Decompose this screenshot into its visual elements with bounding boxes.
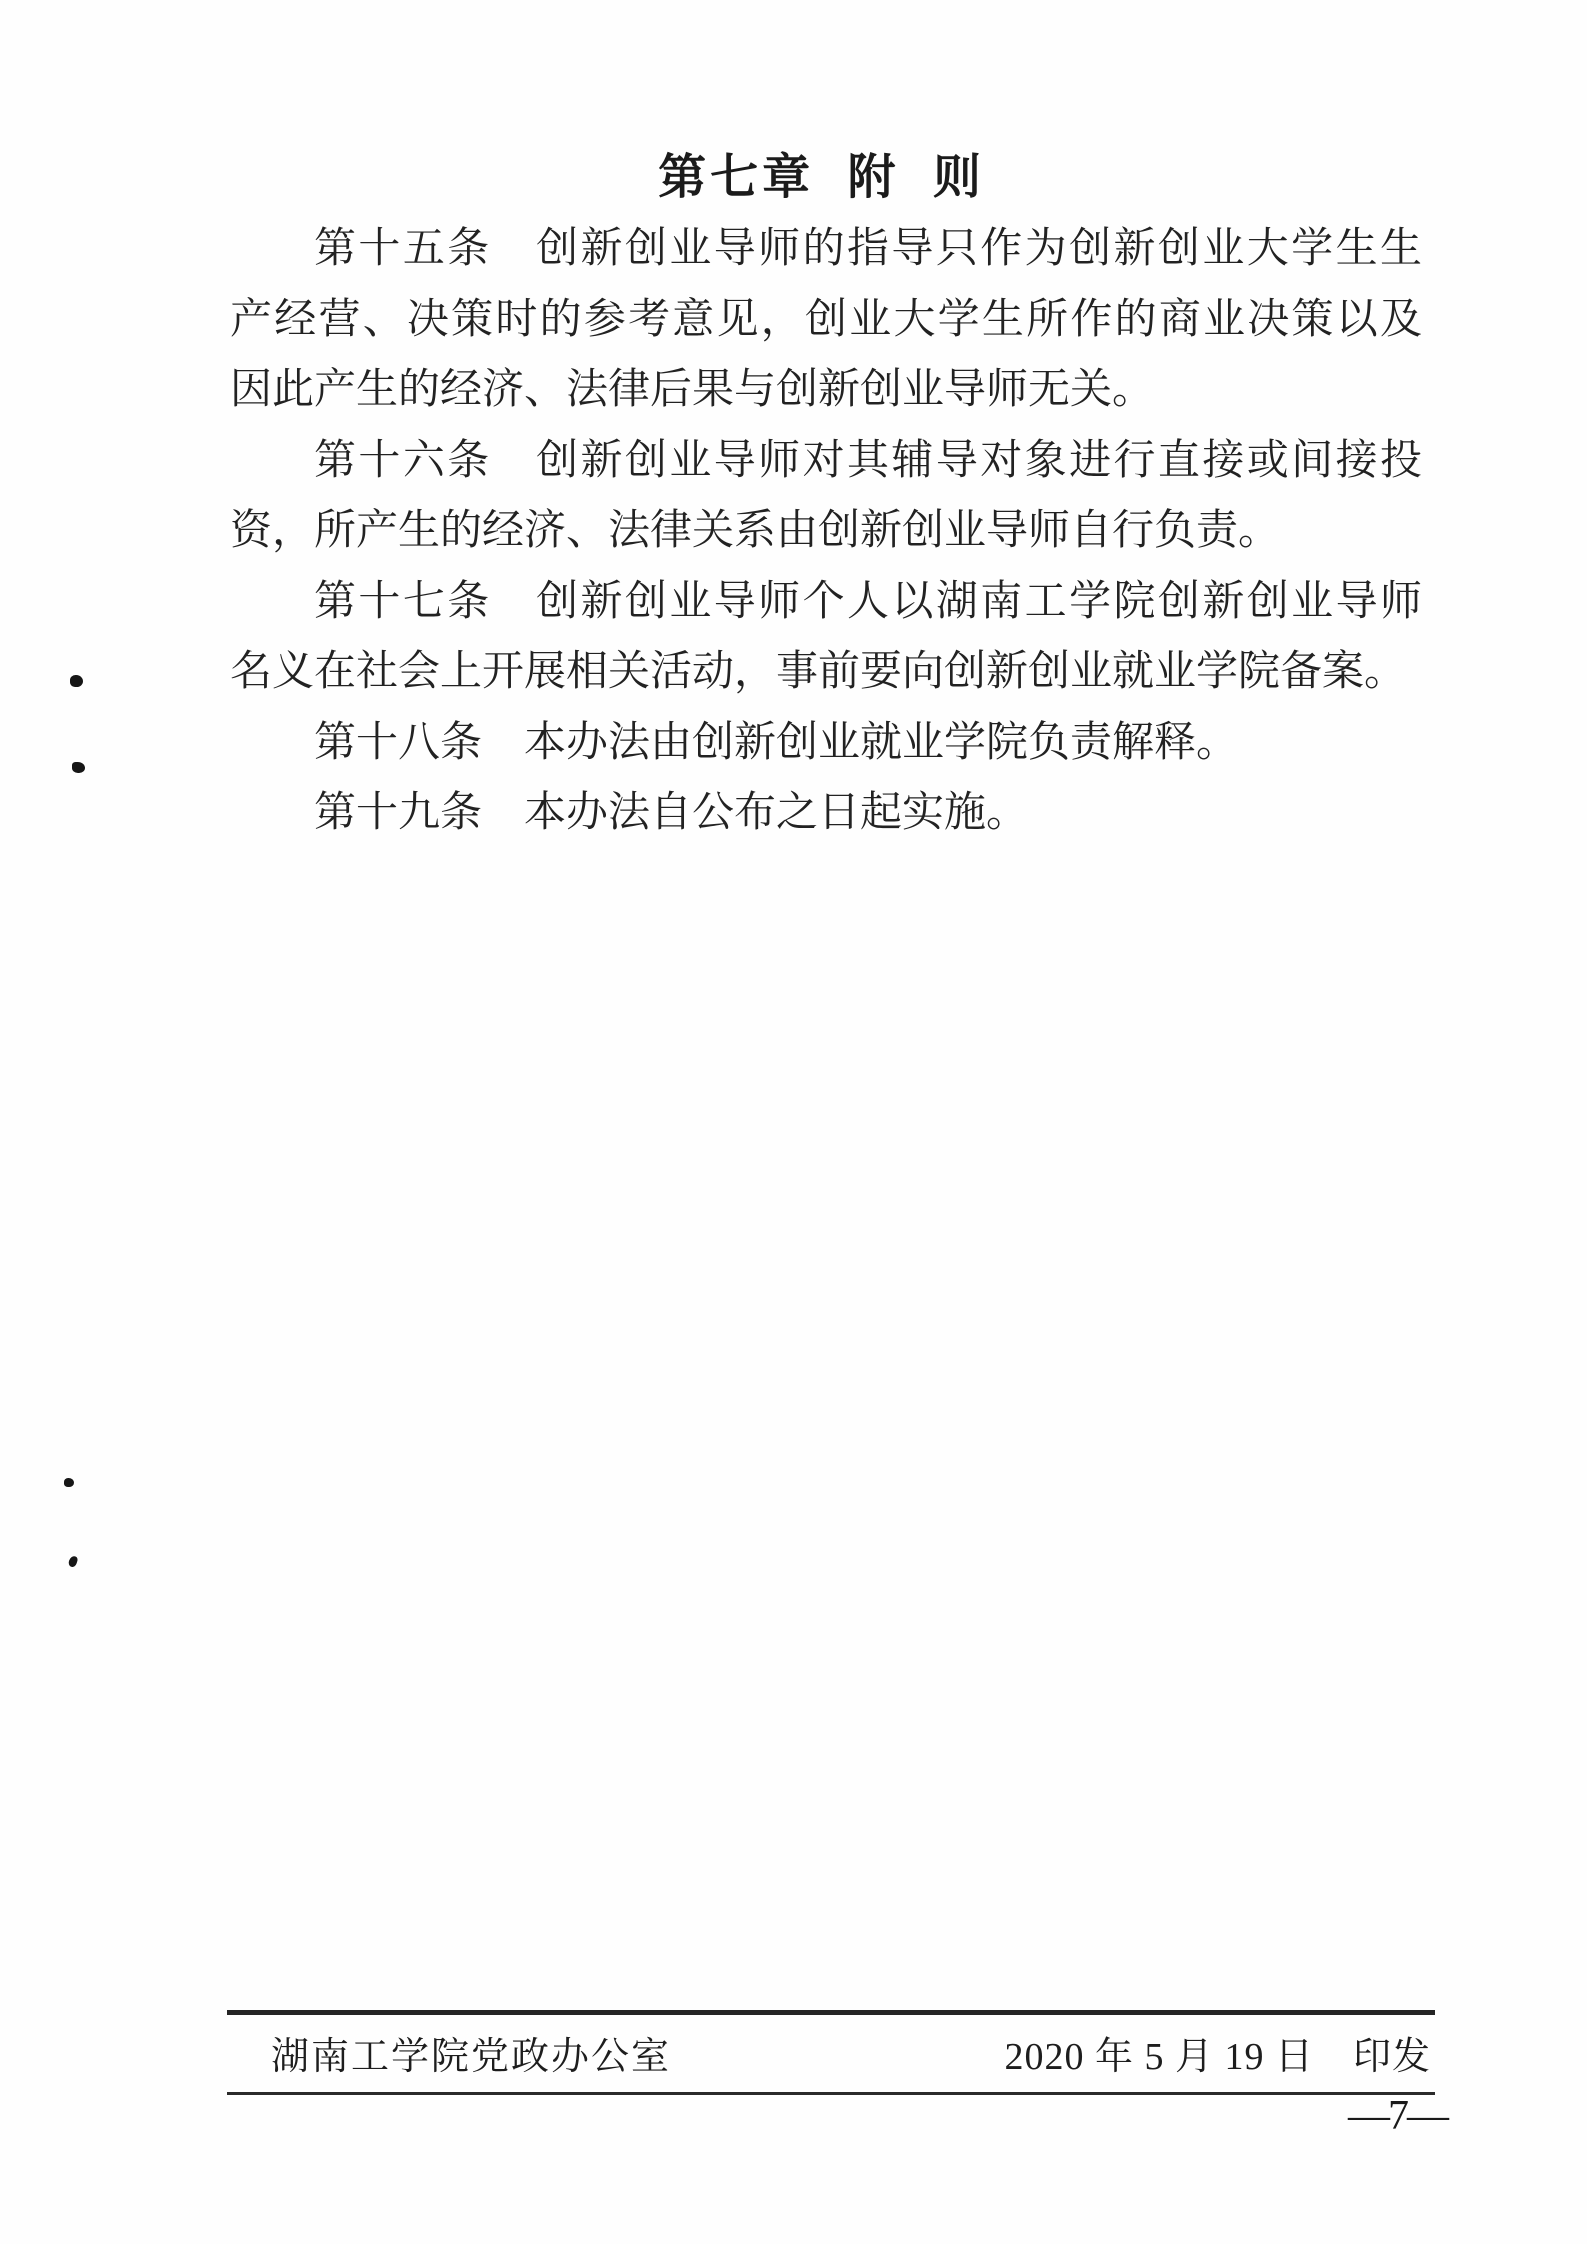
chapter-title: 第七章 附 则 (28, 138, 1587, 207)
article-line: 产经营、决策时的参考意见，创业大学生所作的商业决策以及 (230, 285, 1422, 356)
article-line: 第十九条 本办法自公布之日起实施。 (230, 778, 1422, 849)
page-footer: 湖南工学院党政办公室 2020 年 5 月 19 日 印发 (227, 2010, 1435, 2095)
article-line: 资，所产生的经济、法律关系由创新创业导师自行负责。 (230, 496, 1422, 567)
footer-issuer: 湖南工学院党政办公室 (271, 2025, 671, 2080)
article-line: 因此产生的经济、法律后果与创新创业导师无关。 (230, 355, 1422, 426)
article-line: 名义在社会上开展相关活动，事前要向创新创业就业学院备案。 (230, 637, 1422, 708)
ink-speck (70, 675, 83, 687)
page-number: —7— (1348, 2092, 1447, 2140)
article-line: 第十五条 创新创业导师的指导只作为创新创业大学生生 (230, 214, 1422, 285)
article-line: 第十八条 本办法由创新创业就业学院负责解释。 (230, 708, 1422, 779)
footer-issue-date: 2020 年 5 月 19 日 印发 (1004, 2025, 1431, 2080)
document-body: 第十五条 创新创业导师的指导只作为创新创业大学生生产经营、决策时的参考意见，创业… (230, 214, 1422, 849)
ink-speck (64, 1478, 74, 1487)
article-line: 第十七条 创新创业导师个人以湖南工学院创新创业导师 (230, 567, 1422, 638)
article-line: 第十六条 创新创业导师对其辅导对象进行直接或间接投 (230, 426, 1422, 497)
ink-speck (72, 762, 85, 773)
document-page: 第七章 附 则 第十五条 创新创业导师的指导只作为创新创业大学生生产经营、决策时… (0, 0, 1587, 2244)
ink-speck (67, 1555, 78, 1568)
